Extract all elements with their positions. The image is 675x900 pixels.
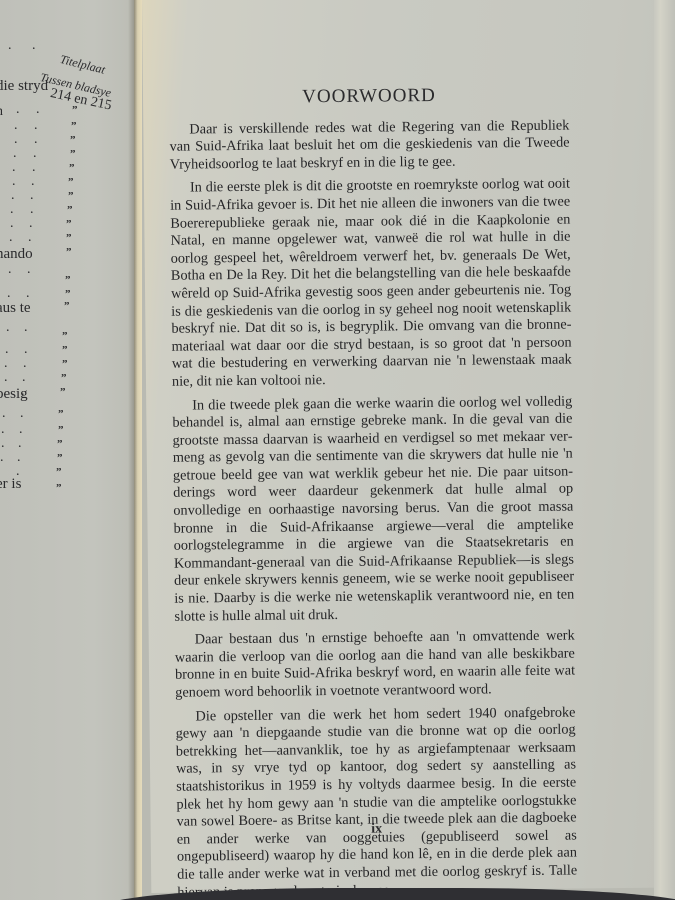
book-gutter [134, 0, 142, 900]
list-item: nando ” [0, 246, 134, 264]
paragraph: Daar bestaan dus 'n ernstige behoefte aa… [175, 628, 576, 703]
paragraph: Die opsteller van die werk het hom seder… [175, 704, 577, 900]
list-item: . . [0, 40, 134, 58]
list-item: er is ” [0, 476, 134, 494]
paragraph: In die eerste plek is dit die grootste e… [170, 176, 572, 391]
leader-dot: . [8, 38, 12, 54]
paragraph: Daar is verskillende redes wat die Reger… [169, 117, 570, 174]
list-item: die stryd [0, 78, 134, 96]
list-item: besig [0, 384, 134, 402]
right-page: VOORWOORD Daar is verskillende redes wat… [142, 0, 663, 893]
page-edge [654, 0, 675, 900]
list-of-illustrations-fragment: Titelplaat Tussen bladsye 214 en 215 . .… [0, 0, 134, 900]
left-page: Titelplaat Tussen bladsye 214 en 215 . .… [0, 0, 134, 900]
page-content: VOORWOORD Daar is verskillende redes wat… [169, 76, 578, 900]
leader-dot: . [32, 38, 36, 54]
list-item: aus te ” [0, 300, 134, 318]
paragraph: In die tweede plek gaan die werke waarin… [172, 393, 574, 626]
page-title: VOORWOORD [169, 86, 569, 108]
book-spread: Titelplaat Tussen bladsye 214 en 215 . .… [0, 0, 675, 900]
